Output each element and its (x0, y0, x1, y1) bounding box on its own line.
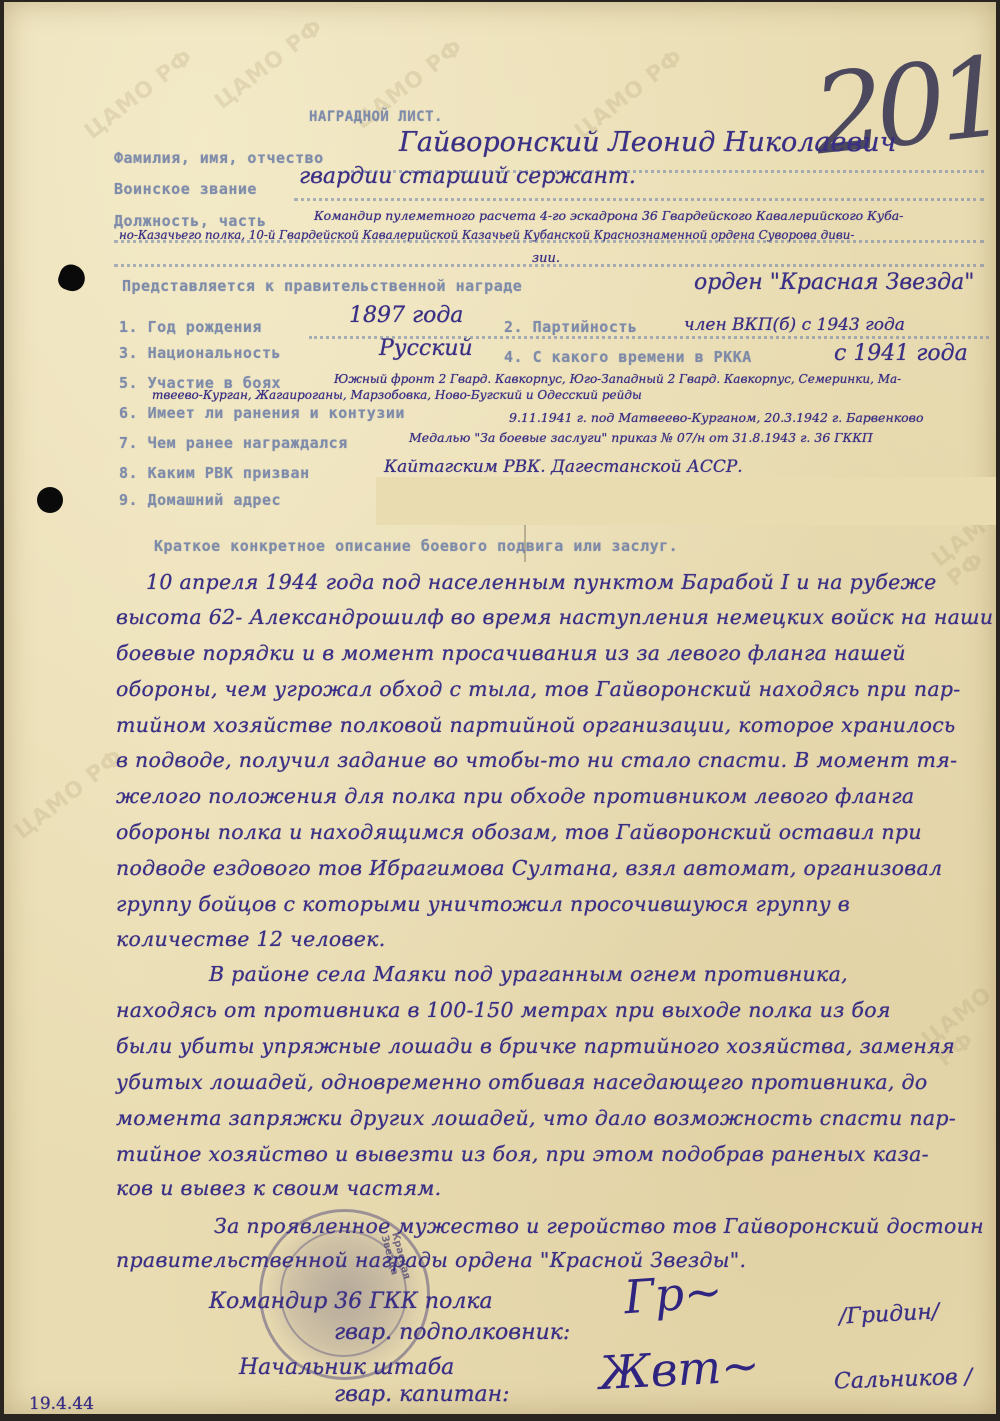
body-line: обороны, чем угрожал обход с тыла, тов Г… (116, 677, 976, 701)
commander-rank: гвар. подполковник: (334, 1320, 570, 1345)
punch-hole (55, 261, 88, 294)
body-line: момента запряжки других лошадей, что дал… (116, 1106, 976, 1130)
body-line: обороны полка и находящимся обозам, тов … (116, 820, 976, 844)
label-nationality: 3. Национальность (119, 344, 281, 362)
value-rvk: Кайтагским РВК. Дагестанской АССР. (384, 457, 743, 477)
label-army-since: 4. С какого времени в РККА (504, 348, 752, 366)
commander-signature: Гр~ (622, 1264, 724, 1325)
dotted-line (294, 198, 984, 201)
label-birth-year: 1. Год рождения (119, 318, 262, 336)
body-line: тийное хозяйство и вывезти из боя, при э… (116, 1142, 976, 1166)
body-line: находясь от противника в 100-150 метрах … (116, 998, 976, 1022)
body-line: группу бойцов с которыми уничтожил просо… (116, 892, 976, 916)
watermark: ЦАМО РФ (210, 14, 328, 114)
commander-name: /Гридин/ (838, 1299, 939, 1329)
document-title: НАГРАДНОЙ ЛИСТ. (309, 109, 443, 125)
body-line: В районе села Маяки под ураганным огнем … (209, 962, 996, 986)
value-nationality: Русский (379, 336, 473, 361)
body-line: убитых лошадей, одновременно отбивая нас… (116, 1070, 976, 1094)
body-line: желого положения для полка при обходе пр… (116, 784, 976, 808)
commander-title: Командир 36 ГКК полка (209, 1289, 493, 1314)
value-birth-year: 1897 года (349, 303, 463, 328)
description-heading: Краткое конкретное описание боевого подв… (154, 537, 678, 555)
watermark: ЦАМО РФ (10, 744, 128, 844)
body-line: боевые порядки и в момент просачивания и… (116, 641, 976, 665)
value-wounds: 9.11.1941 г. под Матвеево-Курганом, 20.3… (509, 410, 923, 425)
label-rank: Воинское звание (114, 180, 257, 198)
label-name: Фамилия, имя, отчество (114, 149, 324, 167)
value-army-since: с 1941 года (834, 341, 968, 366)
label-previous-awards: 7. Чем ранее награждался (119, 434, 348, 452)
body-line: количестве 12 человек. (116, 927, 976, 951)
body-line: высота 62- Александрошилф во время насту… (116, 605, 976, 629)
label-party: 2. Партийность (504, 318, 637, 336)
date: 19.4.44 (29, 1394, 94, 1414)
value-award: орден "Красная Звезда" (694, 270, 974, 295)
body-line: За проявленное мужество и геройство тов … (214, 1214, 996, 1238)
value-battles-line: Южный фронт 2 Гвард. Кавкорпус, Юго-Запа… (334, 372, 901, 386)
value-position-line: зии. (532, 251, 560, 266)
label-home-address: 9. Домашний адрес (119, 491, 281, 509)
chief-title: Начальник штаба (239, 1355, 454, 1380)
value-position-line: Командир пулеметного расчета 4-го эскадр… (314, 208, 903, 223)
chief-signature: Жвт~ (598, 1338, 761, 1400)
watermark: ЦАМО РФ (917, 982, 996, 1072)
body-line: были убиты упряжные лошади в бричке парт… (116, 1034, 976, 1058)
redacted-address (376, 477, 996, 525)
chief-rank: гвар. капитан: (334, 1382, 510, 1407)
award-sheet-page: ЦАМО РФ ЦАМО РФ ЦАМО РФ ЦАМО РФ ЦАМО РФ … (4, 2, 996, 1414)
watermark: ЦАМО РФ (80, 44, 198, 144)
body-line: 10 апреля 1944 года под населенным пункт… (146, 570, 996, 594)
value-previous-awards: Медалью "За боевые заслуги" приказ № 07/… (409, 430, 873, 445)
body-line: тийном хозяйстве полковой партийной орга… (116, 713, 976, 737)
value-name: Гайворонский Леонид Николаевич (399, 127, 896, 158)
body-line: правительственной награды ордена "Красно… (116, 1248, 976, 1272)
body-line: в подводе, получил задание во чтобы-то н… (116, 748, 976, 772)
value-party: член ВКП(б) с 1943 года (684, 315, 905, 335)
label-wounds: 6. Имеет ли ранения и контузии (119, 404, 405, 422)
punch-hole (37, 487, 63, 513)
value-rank: гвардии старший сержант. (299, 164, 636, 189)
value-position-line: но-Казачьего полка, 10-й Гвардейской Кав… (119, 228, 854, 242)
chief-name: Сальников / (834, 1365, 973, 1395)
value-battles-line: твеево-Курган, Жагаироганы, Марзобовка, … (152, 388, 642, 402)
label-rvk: 8. Каким РВК призван (119, 464, 310, 482)
body-line: подводе ездового тов Ибрагимова Султана,… (116, 856, 976, 880)
label-award: Представляется к правительственной награ… (122, 277, 522, 295)
body-line: ков и вывез к своим частям. (116, 1176, 976, 1200)
